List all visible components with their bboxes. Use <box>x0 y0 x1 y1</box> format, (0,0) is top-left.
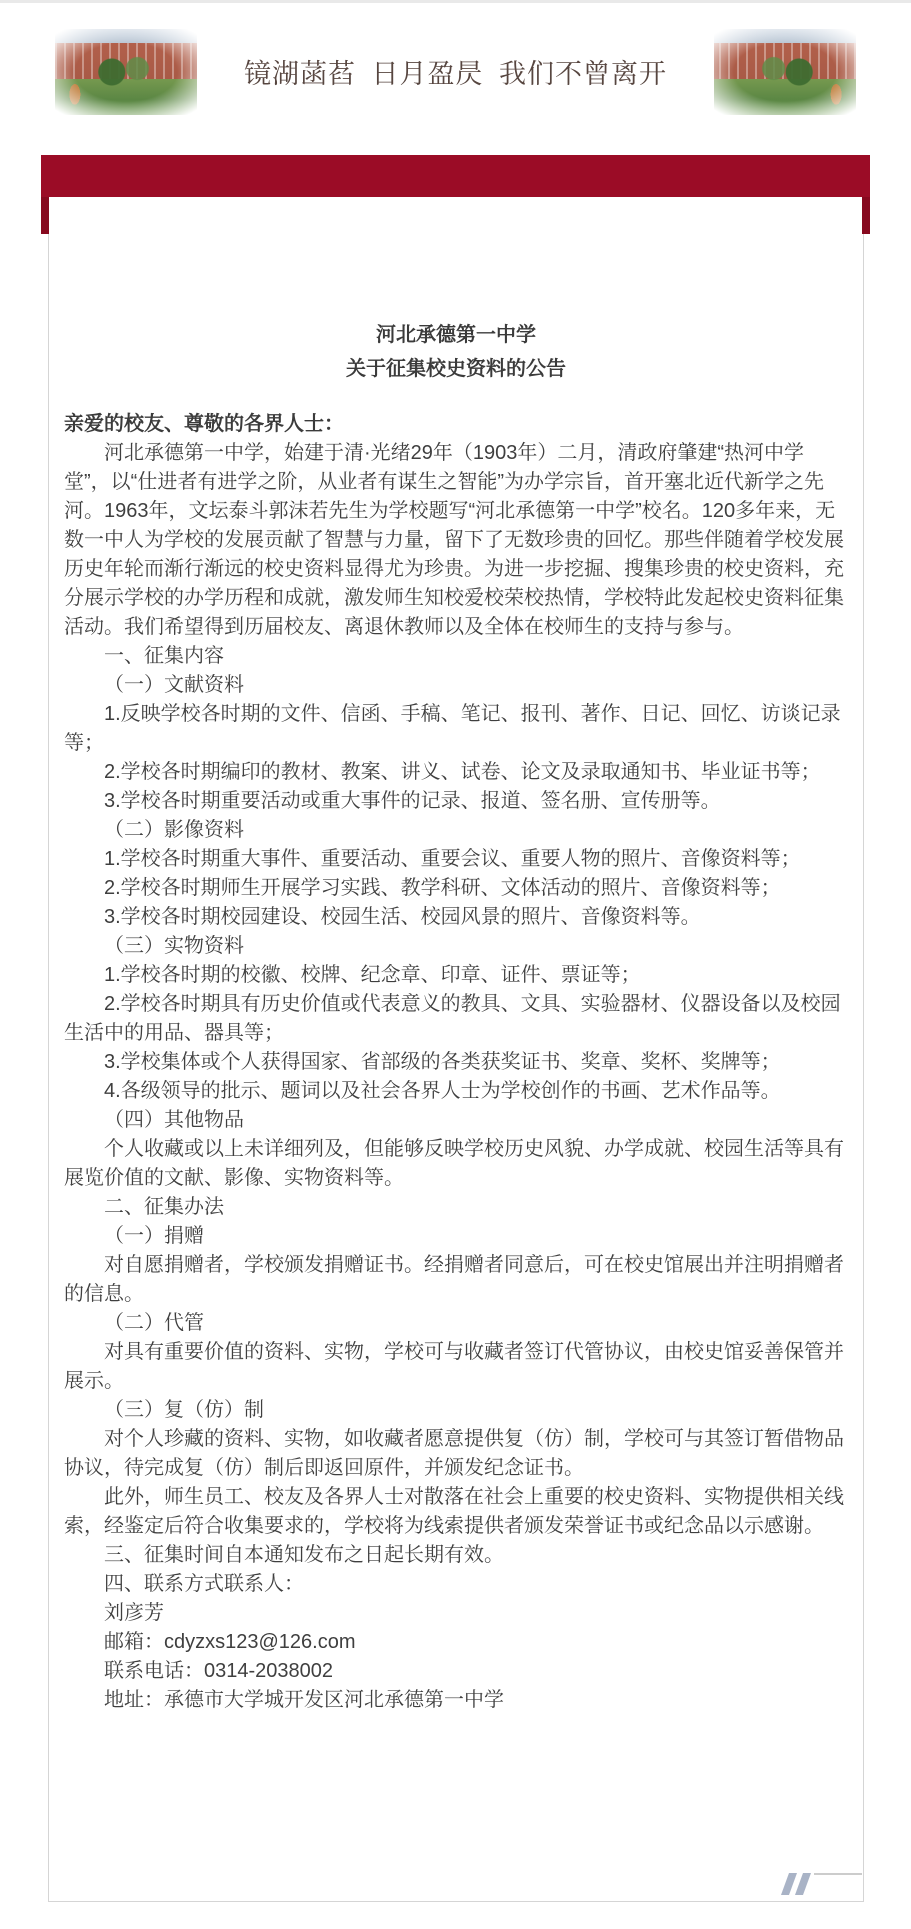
notice-paragraph: （三）实物资料 <box>64 932 848 961</box>
notice-paragraph: 4.各级领导的批示、题词以及社会各界人士为学校创作的书画、艺术作品等。 <box>64 1077 848 1106</box>
ribbon-tail-right <box>862 196 870 234</box>
notice-paragraph: 对自愿捐赠者，学校颁发捐赠证书。经捐赠者同意后，可在校史馆展出并注明捐赠者的信息… <box>64 1251 848 1309</box>
notice-body: 河北承德第一中学，始建于清·光绪29年（1903年）二月，清政府肇建“热河中学堂… <box>64 439 848 1715</box>
notice-paragraph: （三）复（仿）制 <box>64 1396 848 1425</box>
notice-paragraph: 1.学校各时期的校徽、校牌、纪念章、印章、证件、票证等； <box>64 961 848 990</box>
notice-paragraph: 联系电话：0314-2038002 <box>64 1657 848 1686</box>
notice-paragraph: 四、联系方式联系人： <box>64 1570 848 1599</box>
notice-paragraph: 此外，师生员工、校友及各界人士对散落在社会上重要的校史资料、实物提供相关线索，经… <box>64 1483 848 1541</box>
notice-title-line1: 河北承德第一中学 <box>64 318 848 352</box>
notice-paragraph: 邮箱：cdyzxs123@126.com <box>64 1628 848 1657</box>
notice-paragraph: 地址：承德市大学城开发区河北承德第一中学 <box>64 1686 848 1715</box>
notice-paragraph: 2.学校各时期编印的教材、教案、讲义、试卷、论文及录取通知书、毕业证书等； <box>64 758 848 787</box>
notice-paragraph: 1.学校各时期重大事件、重要活动、重要会议、重要人物的照片、音像资料等； <box>64 845 848 874</box>
notice-paragraph: （二）影像资料 <box>64 816 848 845</box>
notice-title-line2: 关于征集校史资料的公告 <box>64 352 848 386</box>
footer-decoration <box>785 1873 862 1897</box>
notice-card: 河北承德第一中学 关于征集校史资料的公告 亲爱的校友、尊敬的各界人士： 河北承德… <box>48 196 864 1902</box>
notice-paragraph: 1.反映学校各时期的文件、信函、手稿、笔记、报刊、著作、日记、回忆、访谈记录等； <box>64 700 848 758</box>
notice-paragraph: 三、征集时间自本通知发布之日起长期有效。 <box>64 1541 848 1570</box>
ribbon-tail-left <box>41 196 49 234</box>
decorative-line <box>814 1873 862 1875</box>
notice-paragraph: （四）其他物品 <box>64 1106 848 1135</box>
notice-title: 河北承德第一中学 关于征集校史资料的公告 <box>64 318 848 386</box>
header: 镜湖菡萏 日月盈昃 我们不曾离开 <box>0 0 911 130</box>
notice-paragraph: 3.学校集体或个人获得国家、省部级的各类获奖证书、奖章、奖杯、奖牌等； <box>64 1048 848 1077</box>
notice-paragraph: （一）捐赠 <box>64 1222 848 1251</box>
notice-paragraph: 二、征集办法 <box>64 1193 848 1222</box>
notice-paragraph: 3.学校各时期校园建设、校园生活、校园风景的照片、音像资料等。 <box>64 903 848 932</box>
notice-paragraph: 河北承德第一中学，始建于清·光绪29年（1903年）二月，清政府肇建“热河中学堂… <box>64 439 848 642</box>
notice-paragraph: 2.学校各时期师生开展学习实践、教学科研、文体活动的照片、音像资料等； <box>64 874 848 903</box>
notice-paragraph: 对个人珍藏的资料、实物，如收藏者愿意提供复（仿）制，学校可与其签订暂借物品协议，… <box>64 1425 848 1483</box>
notice-paragraph: 对具有重要价值的资料、实物，学校可与收藏者签订代管协议，由校史馆妥善保管并展示。 <box>64 1338 848 1396</box>
notice-paragraph: 一、征集内容 <box>64 642 848 671</box>
notice-paragraph: （二）代管 <box>64 1309 848 1338</box>
notice-paragraph: 3.学校各时期重要活动或重大事件的记录、报道、签名册、宣传册等。 <box>64 787 848 816</box>
ribbon-banner <box>41 155 870 197</box>
slash-icon <box>781 1873 797 1895</box>
notice-paragraph: 刘彦芳 <box>64 1599 848 1628</box>
school-photo-right <box>714 29 856 115</box>
notice-salutation: 亲爱的校友、尊敬的各界人士： <box>64 410 848 439</box>
notice-paragraph: （一）文献资料 <box>64 671 848 700</box>
notice-paragraph: 2.学校各时期具有历史价值或代表意义的教具、文具、实验器材、仪器设备以及校园生活… <box>64 990 848 1048</box>
slash-icon <box>795 1873 811 1895</box>
notice-paragraph: 个人收藏或以上未详细列及，但能够反映学校历史风貌、办学成就、校园生活等具有展览价… <box>64 1135 848 1193</box>
